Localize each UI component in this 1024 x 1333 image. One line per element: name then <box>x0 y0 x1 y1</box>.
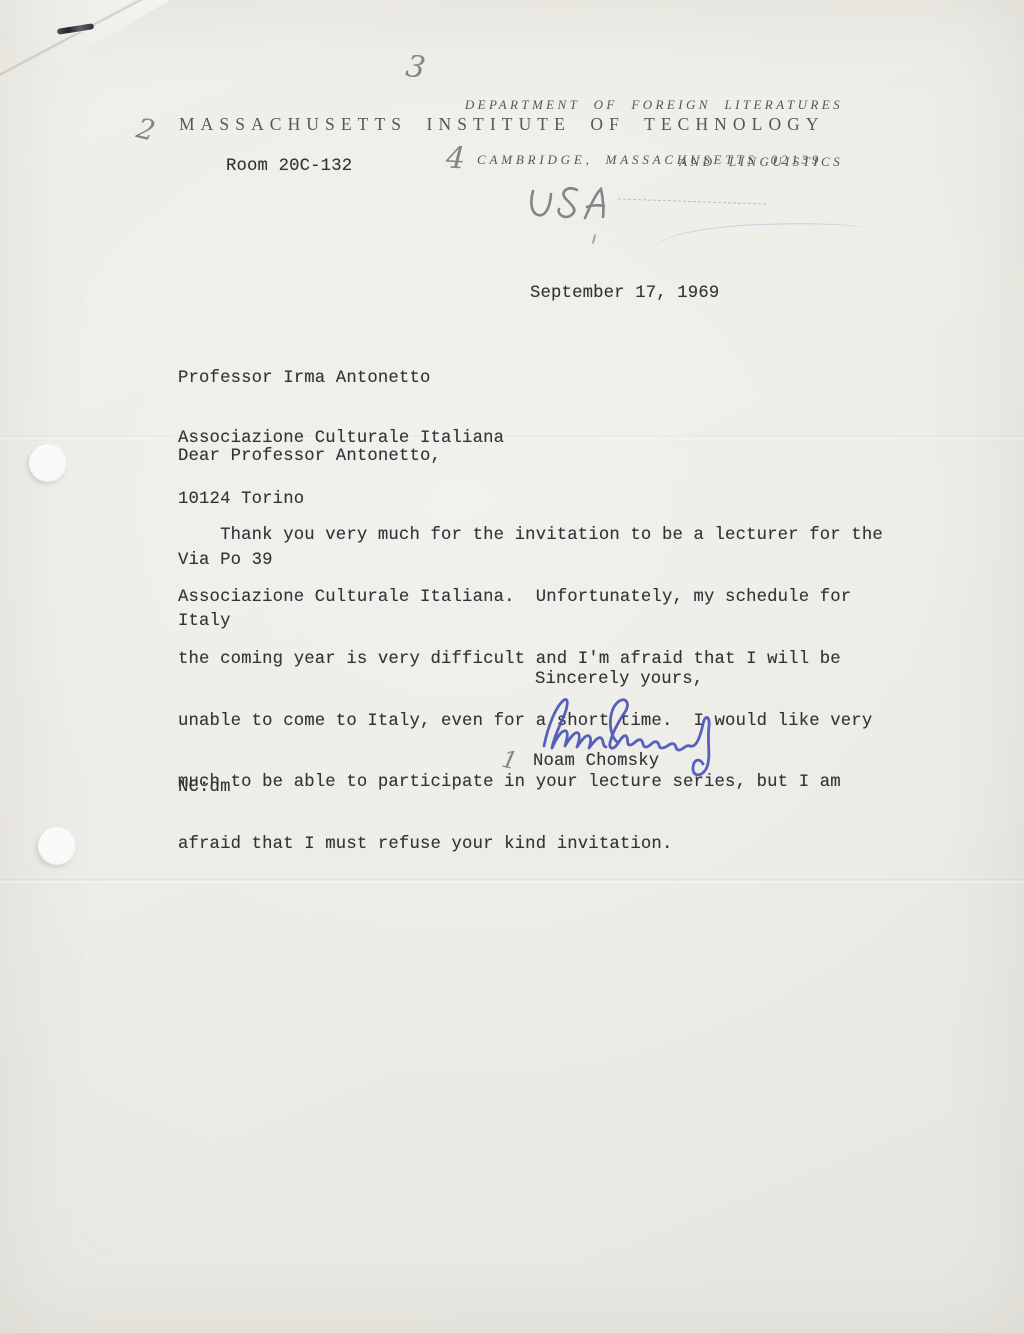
letterhead-address: CAMBRIDGE, MASSACHUSETTS 02139 <box>477 152 822 168</box>
letter-date: September 17, 1969 <box>530 284 719 305</box>
pencil-mark-2: 2 <box>134 111 159 147</box>
body-line: the coming year is very difficult and I'… <box>178 650 883 671</box>
letter-body: Thank you very much for the invitation t… <box>178 485 883 897</box>
pencil-usa-handwriting: USA <box>524 182 624 230</box>
punch-hole-upper <box>29 444 67 482</box>
body-line: unable to come to Italy, even for a shor… <box>178 712 883 733</box>
reference-initials: NC:dm <box>178 778 231 799</box>
letterhead-institute: MASSACHUSETTS INSTITUTE OF TECHNOLOGY <box>179 114 825 135</box>
pencil-mark-3: 3 <box>403 49 427 87</box>
letterhead-room: Room 20C-132 <box>226 157 352 178</box>
closing: Sincerely yours, <box>535 670 703 691</box>
scanned-letter-photo: { "meta": { "document_type": "typewritte… <box>0 0 1024 1333</box>
body-line: much to be able to participate in your l… <box>178 773 883 794</box>
fold-crease-upper <box>0 435 1024 441</box>
recipient-line: Professor Irma Antonetto <box>178 369 504 389</box>
body-line: Associazione Culturale Italiana. Unfortu… <box>178 588 883 609</box>
corner-fold-highlight <box>0 0 170 100</box>
body-line: afraid that I must refuse your kind invi… <box>178 835 883 856</box>
small-pencil-tick <box>592 234 597 244</box>
faint-pen-scratch <box>655 220 866 250</box>
typed-signature-name: Noam Chomsky <box>533 752 659 773</box>
salutation: Dear Professor Antonetto, <box>178 447 441 468</box>
punch-hole-lower <box>38 827 76 865</box>
letterhead-department-line1: DEPARTMENT OF FOREIGN LITERATURES <box>465 95 843 114</box>
pencil-mark-4: 4 <box>445 141 466 177</box>
body-line: Thank you very much for the invitation t… <box>178 526 883 547</box>
letter-page: DEPARTMENT OF FOREIGN LITERATURES AND LI… <box>0 0 1024 1333</box>
